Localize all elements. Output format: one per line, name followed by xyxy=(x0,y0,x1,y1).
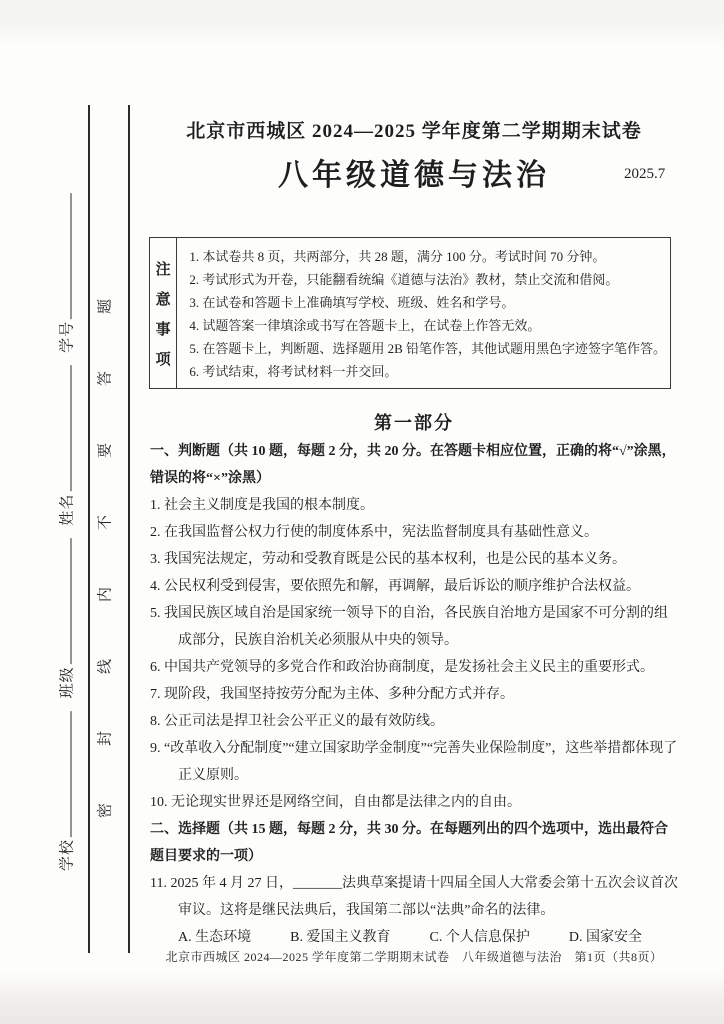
notice-item: 4. 试题答案一律填涂或书写在答题卡上，在试卷上作答无效。 xyxy=(189,314,666,337)
notice-item: 2. 考试形式为开卷，只能翻看统编《道德与法治》教材，禁止交流和借阅。 xyxy=(189,268,666,291)
seal-char: 线 xyxy=(98,602,114,674)
notice-item: 3. 在试卷和答题卡上准确填写学校、班级、姓名和学号。 xyxy=(189,291,666,314)
field-school: 学校 xyxy=(56,711,77,871)
field-blank-student-id xyxy=(57,193,72,319)
notice-label-char: 项 xyxy=(156,348,171,369)
option-d: D. 国家安全 xyxy=(569,924,642,951)
seal-char: 封 xyxy=(98,674,114,746)
notice-label: 注 意 事 项 xyxy=(150,238,177,388)
seal-char: 题 xyxy=(98,242,114,314)
field-label-class: 班级 xyxy=(60,666,76,698)
notice-label-char: 意 xyxy=(156,288,171,309)
judgment-question-10: 10. 无论现实世界还是网络空间，自由都是法律之内的自由。 xyxy=(150,789,680,816)
field-label-school: 学校 xyxy=(60,839,76,871)
exam-content: 一、判断题（共 10 题，每题 2 分，共 20 分。在答题卡相应位置，正确的将… xyxy=(150,438,680,951)
student-info-fields: 学校 班级 姓名 学号 xyxy=(56,189,77,875)
judgment-question-5: 5. 我国民族区域自治是国家统一领导下的自治，各民族自治地方是国家不可分割的组成… xyxy=(150,600,680,654)
judgment-question-2: 2. 在我国监督公权力行使的制度体系中，宪法监督制度具有基础性意义。 xyxy=(150,519,680,546)
judgment-question-8: 8. 公正司法是捍卫社会公平正义的最有效防线。 xyxy=(150,708,680,735)
judgment-question-4: 4. 公民权利受到侵害，要依照先和解，再调解，最后诉讼的顺序维护合法权益。 xyxy=(150,573,680,600)
exam-paper-page: 学校 班级 姓名 学号 密封线内不要答题 北京市西城区 2024—2025 学年… xyxy=(0,0,724,1024)
judgment-question-6: 6. 中国共产党领导的多党合作和政治协商制度，是发扬社会主义民主的重要形式。 xyxy=(150,654,680,681)
judgment-question-3: 3. 我国宪法规定，劳动和受教育既是公民的基本权利，也是公民的基本义务。 xyxy=(150,546,680,573)
seal-char: 答 xyxy=(98,314,114,386)
field-label-name: 姓名 xyxy=(60,494,76,526)
judgment-question-9: 9. “改革收入分配制度”“建立国家助学金制度”“完善失业保险制度”，这些举措都… xyxy=(150,735,680,789)
option-a: A. 生态环境 xyxy=(178,924,251,951)
notice-label-char: 事 xyxy=(156,318,171,339)
exam-title: 北京市西城区 2024—2025 学年度第二学期期末试卷 xyxy=(150,116,678,143)
seal-rule-left xyxy=(88,105,90,953)
option-b: B. 爱国主义教育 xyxy=(290,924,390,951)
field-blank-name xyxy=(57,366,72,492)
page-footer: 北京市西城区 2024—2025 学年度第二学期期末试卷 八年级道德与法治 第1… xyxy=(150,948,678,965)
judgment-question-7: 7. 现阶段，我国坚持按劳分配为主体、多种分配方式并存。 xyxy=(150,681,680,708)
choice-question-11-options: A. 生态环境 B. 爱国主义教育 C. 个人信息保护 D. 国家安全 xyxy=(150,924,642,951)
notice-item: 6. 考试结束，将考试材料一并交回。 xyxy=(189,360,666,383)
notice-item: 1. 本试卷共 8 页，共两部分，共 28 题，满分 100 分。考试时间 70… xyxy=(189,245,666,268)
field-name: 姓名 xyxy=(56,366,77,526)
judgment-question-1: 1. 社会主义制度是我国的根本制度。 xyxy=(150,492,680,519)
field-class: 班级 xyxy=(56,538,77,698)
exam-date: 2025.7 xyxy=(624,166,665,183)
field-label-student-id: 学号 xyxy=(60,321,76,353)
field-blank-class xyxy=(57,538,72,664)
seal-text: 密封线内不要答题 xyxy=(94,242,115,818)
seal-char: 要 xyxy=(98,386,114,458)
notice-label-char: 注 xyxy=(156,258,171,279)
part1-heading: 第一部分 xyxy=(150,409,678,435)
field-blank-school xyxy=(57,711,72,837)
choice-question-11: 11. 2025 年 4 月 27 日，_______法典草案提请十四届全国人大… xyxy=(150,870,680,924)
option-c: C. 个人信息保护 xyxy=(430,924,530,951)
seal-char: 不 xyxy=(98,458,114,530)
exam-subject: 八年级道德与法治 xyxy=(150,150,678,194)
seal-char: 内 xyxy=(98,530,114,602)
field-student-id: 学号 xyxy=(56,193,77,353)
seal-rule-right xyxy=(128,105,130,953)
choice-section-header: 二、选择题（共 15 题，每题 2 分，共 30 分。在每题列出的四个选项中，选… xyxy=(150,816,680,870)
notice-list: 1. 本试卷共 8 页，共两部分，共 28 题，满分 100 分。考试时间 70… xyxy=(177,238,670,388)
seal-char: 密 xyxy=(98,746,114,818)
notice-box: 注 意 事 项 1. 本试卷共 8 页，共两部分，共 28 题，满分 100 分… xyxy=(149,237,671,389)
judgment-section-header: 一、判断题（共 10 题，每题 2 分，共 20 分。在答题卡相应位置，正确的将… xyxy=(150,438,680,492)
notice-item: 5. 在答题卡上，判断题、选择题用 2B 铅笔作答，其他试题用黑色字迹签字笔作答… xyxy=(189,337,666,360)
